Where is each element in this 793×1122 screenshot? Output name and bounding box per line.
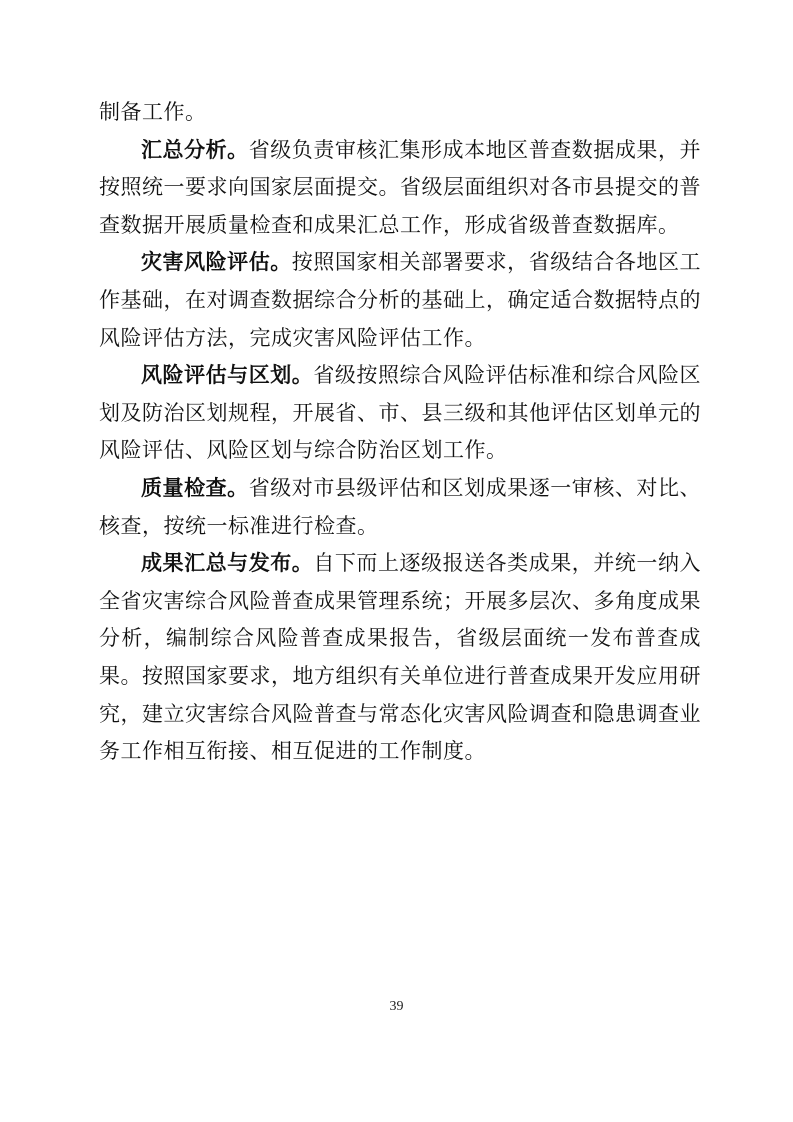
paragraph: 风险评估与区划。省级按照综合风险评估标准和综合风险区划及防治区划规程，开展省、市…: [99, 357, 701, 470]
paragraph-lead: 质量检查。: [141, 476, 249, 500]
paragraph: 制备工作。: [99, 94, 701, 132]
paragraph-lead: 汇总分析。: [141, 138, 249, 162]
paragraph: 成果汇总与发布。自下而上逐级报送各类成果，并统一纳入全省灾害综合风险普查成果管理…: [99, 545, 701, 771]
page-number: 39: [0, 997, 793, 1017]
paragraph: 质量检查。省级对市县级评估和区划成果逐一审核、对比、核查，按统一标准进行检查。: [99, 470, 701, 545]
body-text: 制备工作。 汇总分析。省级负责审核汇集形成本地区普查数据成果，并按照统一要求向国…: [99, 94, 701, 771]
paragraph: 灾害风险评估。按照国家相关部署要求，省级结合各地区工作基础，在对调查数据综合分析…: [99, 244, 701, 357]
paragraph: 汇总分析。省级负责审核汇集形成本地区普查数据成果，并按照统一要求向国家层面提交。…: [99, 132, 701, 245]
paragraph-lead: 灾害风险评估。: [141, 250, 292, 274]
document-page: 制备工作。 汇总分析。省级负责审核汇集形成本地区普查数据成果，并按照统一要求向国…: [0, 0, 793, 1122]
paragraph-body: 自下而上逐级报送各类成果，并统一纳入全省灾害综合风险普查成果管理系统；开展多层次…: [99, 551, 701, 763]
paragraph-lead: 成果汇总与发布。: [141, 551, 313, 575]
paragraph-lead: 风险评估与区划。: [141, 363, 313, 387]
paragraph-body: 制备工作。: [99, 100, 207, 124]
